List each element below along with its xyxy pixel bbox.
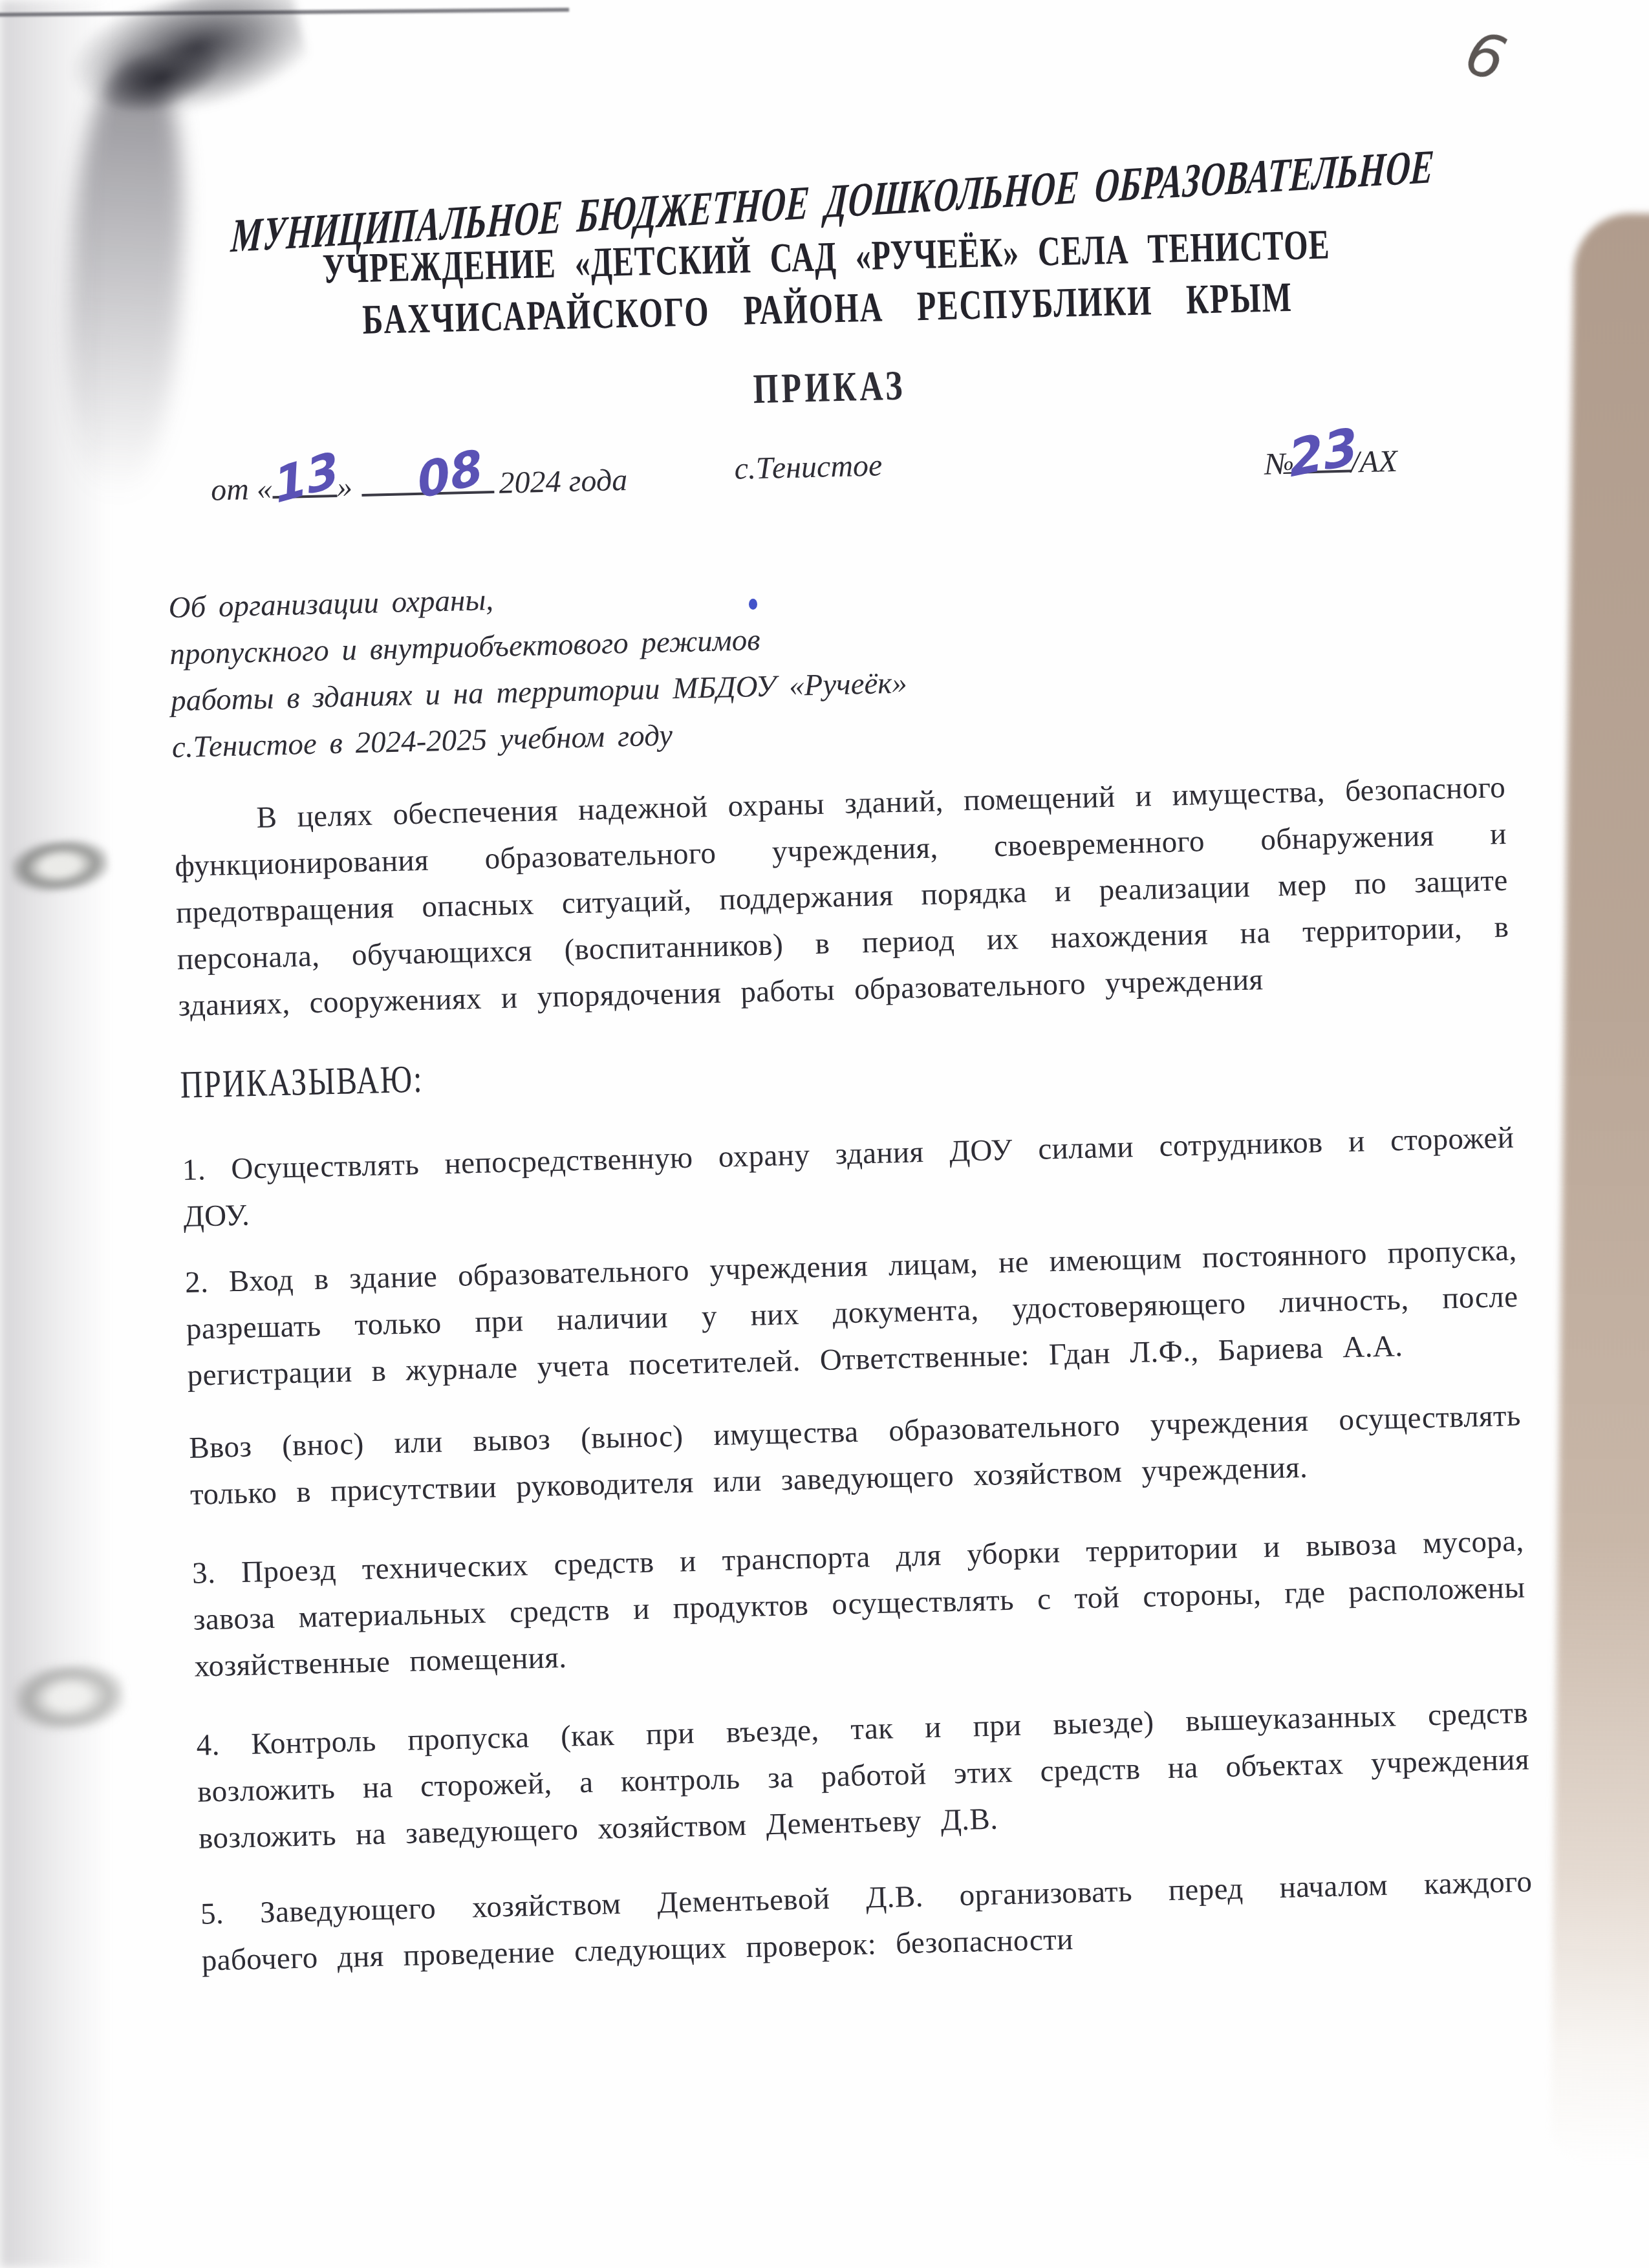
scan-binder-hole-lower [12,1660,127,1734]
order-item-2: 2. Вход в здание образовательного учрежд… [184,1227,1520,1399]
meta-line: от «13»082024 года с.Тенистое №23/АХ [165,433,1498,526]
date-day-blank: 13 [272,461,337,498]
preamble-paragraph: В целях обеспечения надежной охраны здан… [173,764,1511,1029]
place-name: с.Тенистое [734,447,883,487]
scan-left-shadow-band [0,0,110,2268]
scan-smudge-top-left [61,0,314,136]
scan-smudge-top-left-core [91,28,233,127]
scan-right-edge-band [1551,213,1649,2166]
order-item-2a-vvoz: Ввоз (внос) или вывоз (вынос) имущества … [189,1393,1523,1518]
resolve-word: ПРИКАЗЫВАЮ: [180,1024,1513,1115]
handwritten-day: 13 [271,445,341,510]
date-year: 2024 года [499,463,628,500]
scanned-order-page: 6 МУНИЦИПАЛЬНОЕ БЮДЖЕТНОЕ ДОШКОЛЬНОЕ ОБР… [0,0,1649,2268]
date-month-blank: 08 [361,457,494,497]
order-item-1: 1. Осуществлять непосредственную охрану … [182,1115,1516,1240]
order-item-5: 5. Заведующего хозяйством Дементьевой Д.… [200,1858,1534,1984]
handwritten-number: 23 [1287,421,1361,486]
handwritten-page-number: 6 [1458,18,1513,95]
document-content: МУНИЦИПАЛЬНОЕ БЮДЖЕТНОЕ ДОШКОЛЬНОЕ ОБРАЗ… [158,173,1534,1984]
handwritten-month: 08 [415,443,486,506]
number-blank: 23 [1293,436,1351,474]
order-number: №23/АХ [1264,435,1398,482]
scan-top-edge-line [0,8,569,17]
subject-block: Об организации охраны, пропускного и вну… [168,552,1504,771]
order-item-3: 3. Проезд технических средств и транспор… [191,1518,1527,1690]
scan-binder-hole-upper [9,835,111,895]
date-line: от «13»082024 года [210,454,628,508]
order-item-4: 4. Контроль пропуска (как при въезде, та… [196,1689,1531,1861]
date-prefix: от « [211,471,273,507]
